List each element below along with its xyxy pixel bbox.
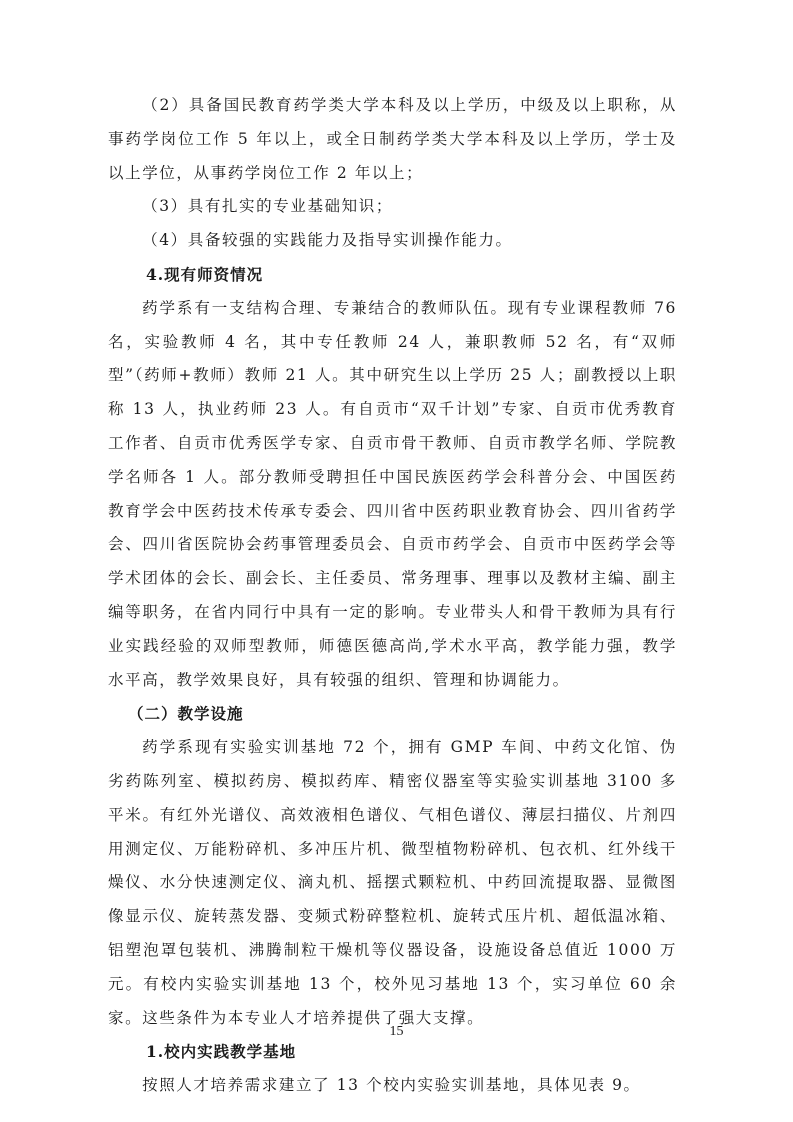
requirement-item-4: （4）具备较强的实践能力及指导实训操作能力。 xyxy=(108,224,677,258)
faculty-paragraph: 药学系有一支结构合理、专兼结合的教师队伍。现有专业课程教师 76 名，实验教师 … xyxy=(108,292,677,698)
on-campus-bases-paragraph: 按照人才培养需求建立了 13 个校内实验实训基地，具体见表 9。 xyxy=(108,1069,677,1103)
heading-faculty-status: 4.现有师资情况 xyxy=(108,258,677,292)
section-teaching-facilities: （二）教学设施 xyxy=(108,697,677,731)
document-page: （2）具备国民教育药学类大学本科及以上学历，中级及以上职称，从事药学岗位工作 5… xyxy=(108,89,677,1103)
requirement-item-3: （3）具有扎实的专业基础知识； xyxy=(108,190,677,224)
page-number: 15 xyxy=(0,1024,793,1040)
facilities-paragraph: 药学系现有实验实训基地 72 个，拥有 GMP 车间、中药文化馆、伪劣药陈列室、… xyxy=(108,731,677,1035)
requirement-item-2: （2）具备国民教育药学类大学本科及以上学历，中级及以上职称，从事药学岗位工作 5… xyxy=(108,89,677,190)
heading-on-campus-bases: 1.校内实践教学基地 xyxy=(108,1035,677,1069)
